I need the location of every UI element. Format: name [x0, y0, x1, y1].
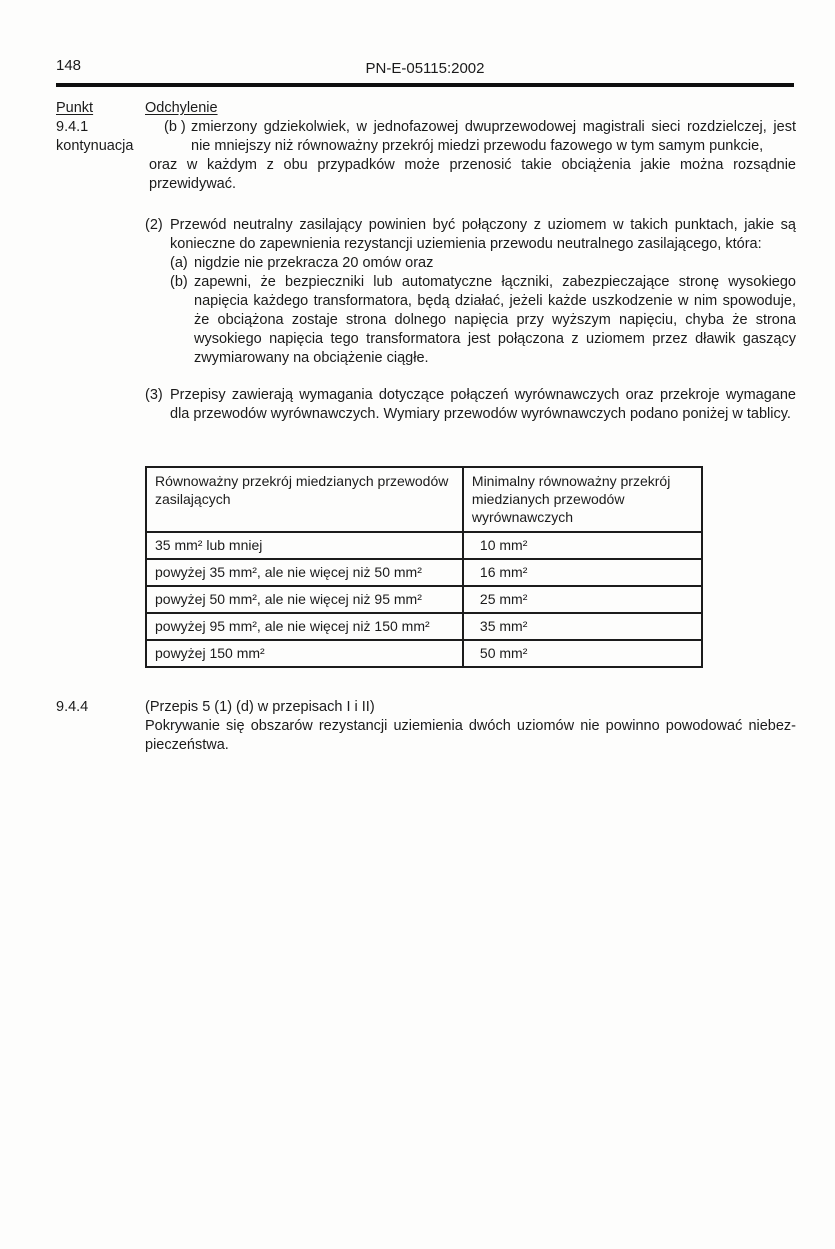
paragraph-2a: (a) nigdzie nie przekracza 20 omów oraz: [170, 254, 796, 273]
punkt-heading: Punkt: [56, 99, 145, 118]
table-cell-range: powyżej 35 mm², ale nie więcej niż 50 mm…: [146, 559, 463, 586]
table-cell-range: powyżej 95 mm², ale nie więcej niż 150 m…: [146, 613, 463, 640]
paragraph-2b-marker: (b): [170, 273, 194, 368]
paragraph-2: (2) Przewód neutralny zasilający powinie…: [145, 216, 796, 368]
paragraph-2a-text: nigdzie nie przekracza 20 omów oraz: [194, 254, 433, 273]
table-row: powyżej 95 mm², ale nie więcej niż 150 m…: [146, 613, 702, 640]
table-cell-min-section: 10 mm²: [463, 532, 702, 559]
section-9-4-4-text: Pokrywanie się obszarów rezystancji uzie…: [145, 717, 796, 755]
continuation-label: kontynuacja: [56, 137, 145, 156]
punkt-column: Punkt 9.4.1 kontynuacja: [56, 99, 145, 156]
regulation-reference: (Przepis 5 (1) (d) w przepisach I i II): [145, 698, 796, 717]
table-header-bonding-conductors: Minimalny równoważny przekrój miedzianyc…: [463, 467, 702, 532]
paragraph-b: (b ) zmierzony gdziekolwiek, w jednofazo…: [164, 118, 796, 156]
paragraph-3-text: Przepisy zawierają wymagania dotyczące p…: [170, 386, 796, 424]
section-9-4-1: Punkt 9.4.1 kontynuacja Odchylenie (b ) …: [56, 99, 796, 668]
table-row: powyżej 50 mm², ale nie więcej niż 95 mm…: [146, 586, 702, 613]
paragraph-3: (3) Przepisy zawierają wymagania dotyczą…: [145, 386, 796, 424]
table-cell-min-section: 50 mm²: [463, 640, 702, 667]
paragraph-2-marker: (2): [145, 216, 170, 368]
paragraph-b-marker: (b ): [164, 118, 191, 156]
paragraph-2a-marker: (a): [170, 254, 194, 273]
odchylenie-heading: Odchylenie: [145, 99, 796, 118]
table-cell-range: powyżej 150 mm²: [146, 640, 463, 667]
paragraph-2-text: Przewód neutralny zasilający powinien by…: [170, 216, 796, 254]
page-header: 148 PN-E-05115:2002: [56, 56, 794, 87]
document-page: 148 PN-E-05115:2002 Punkt 9.4.1 kontynua…: [0, 0, 835, 1249]
table-cell-min-section: 16 mm²: [463, 559, 702, 586]
table-row: powyżej 150 mm² 50 mm²: [146, 640, 702, 667]
section-9-4-4: 9.4.4 (Przepis 5 (1) (d) w przepisach I …: [56, 698, 796, 755]
paragraph-b-text: zmierzony gdziekolwiek, w jednofazowej d…: [191, 118, 796, 156]
paragraph-2b-text: zapewni, że bezpieczniki lub automatyczn…: [194, 273, 796, 368]
paragraph-2b: (b) zapewni, że bezpieczniki lub automat…: [170, 273, 796, 368]
odchylenie-column: Odchylenie (b ) zmierzony gdziekolwiek, …: [145, 99, 796, 668]
table-header-row: Równoważny przekrój miedzianych przewodó…: [146, 467, 702, 532]
section-number-9-4-4: 9.4.4: [56, 698, 145, 717]
standard-number: PN-E-05115:2002: [56, 59, 794, 78]
paragraph-3-marker: (3): [145, 386, 170, 424]
bonding-conductor-table: Równoważny przekrój miedzianych przewodó…: [145, 466, 703, 668]
punkt-column-9-4-4: 9.4.4: [56, 698, 145, 717]
table-cell-min-section: 35 mm²: [463, 613, 702, 640]
section-9-4-4-content: (Przepis 5 (1) (d) w przepisach I i II) …: [145, 698, 796, 755]
table-row: powyżej 35 mm², ale nie więcej niż 50 mm…: [146, 559, 702, 586]
paragraph-b-continuation: oraz w każdym z obu przypadków może prze…: [149, 156, 796, 194]
table-row: 35 mm² lub mniej 10 mm²: [146, 532, 702, 559]
table-cell-min-section: 25 mm²: [463, 586, 702, 613]
table-header-supply-conductors: Równoważny przekrój miedzianych przewodó…: [146, 467, 463, 532]
section-number-9-4-1: 9.4.1: [56, 118, 145, 137]
table-cell-range: powyżej 50 mm², ale nie więcej niż 95 mm…: [146, 586, 463, 613]
page-content: Punkt 9.4.1 kontynuacja Odchylenie (b ) …: [56, 99, 796, 755]
table-cell-range: 35 mm² lub mniej: [146, 532, 463, 559]
paragraph-2-body: Przewód neutralny zasilający powinien by…: [170, 216, 796, 368]
